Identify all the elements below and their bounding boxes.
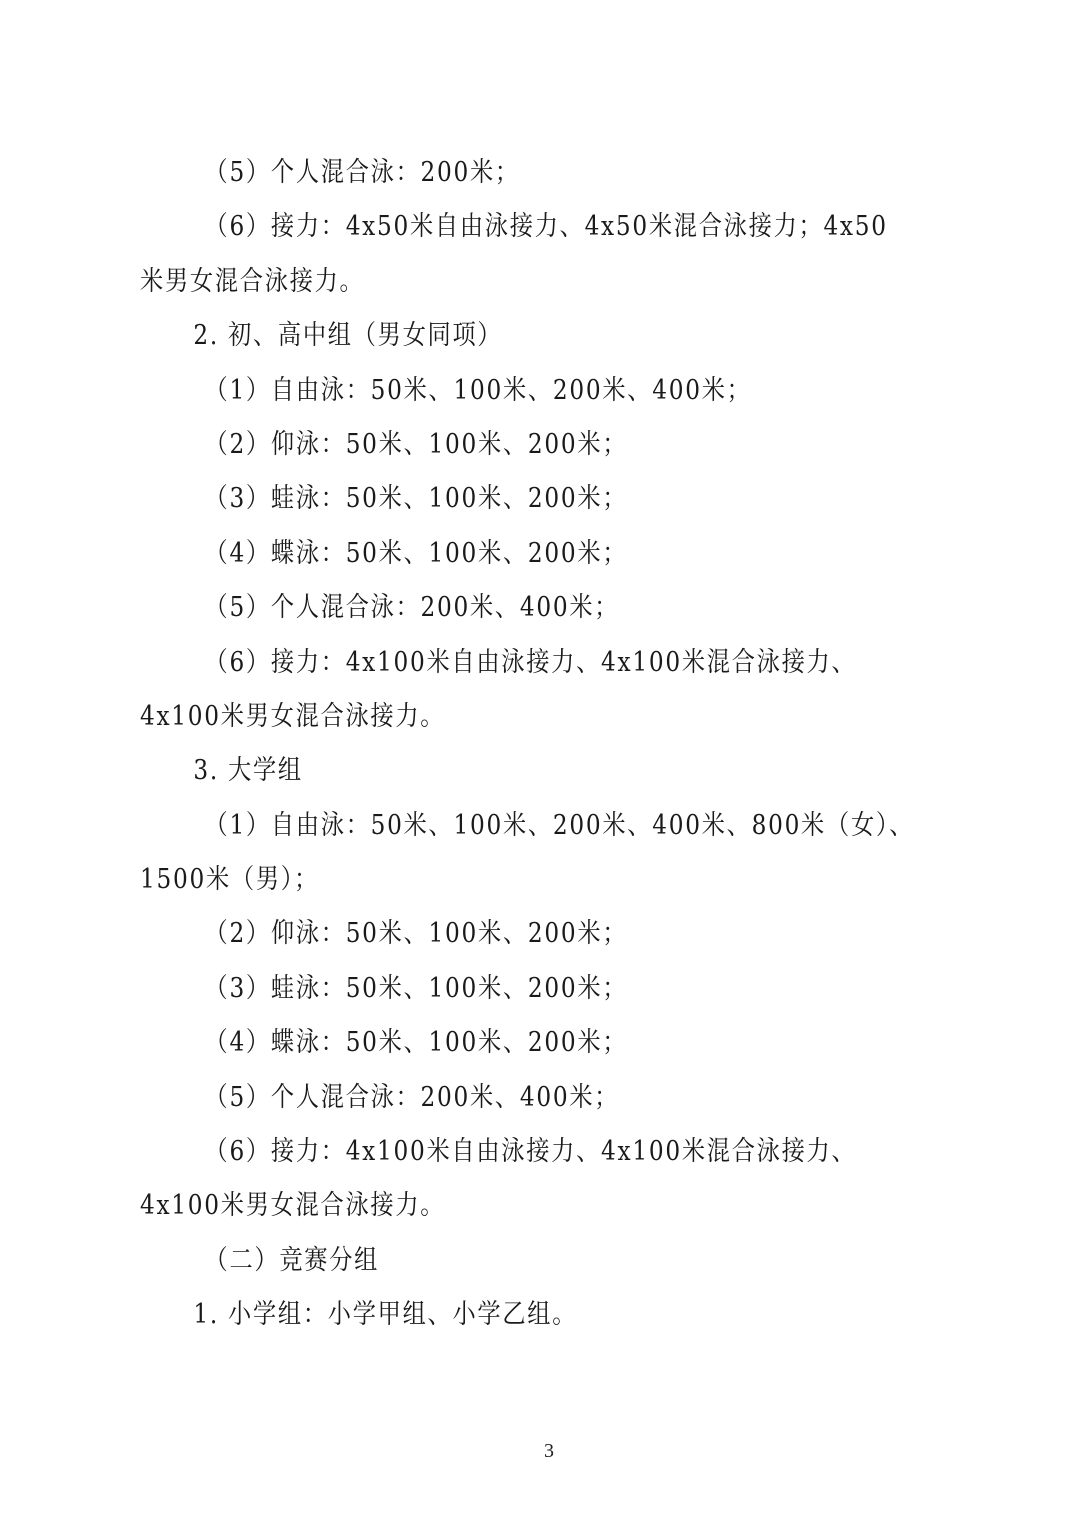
item-relay-primary-continued: 米男女混合泳接力。 bbox=[140, 255, 837, 309]
item-relay-primary: （6）接力：4x50米自由泳接力、4x50米混合泳接力；4x50 bbox=[140, 200, 837, 254]
heading-middle-high-school-group: 2. 初、高中组（男女同项） bbox=[140, 309, 837, 363]
item-breaststroke-secondary: （3）蛙泳：50米、100米、200米； bbox=[140, 472, 837, 526]
item-relay-secondary-continued: 4x100米男女混合泳接力。 bbox=[140, 690, 837, 744]
item-freestyle-university: （1）自由泳：50米、100米、200米、400米、800米（女）、 bbox=[140, 799, 837, 853]
item-relay-university: （6）接力：4x100米自由泳接力、4x100米混合泳接力、 bbox=[140, 1125, 837, 1179]
document-page: （5）个人混合泳：200米； （6）接力：4x50米自由泳接力、4x50米混合泳… bbox=[0, 0, 1080, 1527]
item-relay-secondary: （6）接力：4x100米自由泳接力、4x100米混合泳接力、 bbox=[140, 636, 837, 690]
item-breaststroke-university: （3）蛙泳：50米、100米、200米； bbox=[140, 962, 837, 1016]
item-individual-medley-university: （5）个人混合泳：200米、400米； bbox=[140, 1071, 837, 1125]
heading-university-group: 3. 大学组 bbox=[140, 744, 837, 798]
item-primary-school-groups: 1. 小学组：小学甲组、小学乙组。 bbox=[140, 1288, 837, 1342]
item-freestyle-university-continued: 1500米（男）； bbox=[140, 853, 837, 907]
section-heading-competition-groups: （二）竞赛分组 bbox=[140, 1234, 837, 1288]
item-freestyle-secondary: （1）自由泳：50米、100米、200米、400米； bbox=[140, 364, 837, 418]
item-backstroke-secondary: （2）仰泳：50米、100米、200米； bbox=[140, 418, 837, 472]
item-individual-medley-secondary: （5）个人混合泳：200米、400米； bbox=[140, 581, 837, 635]
item-relay-university-continued: 4x100米男女混合泳接力。 bbox=[140, 1179, 837, 1233]
page-number: 3 bbox=[0, 1440, 1080, 1463]
item-butterfly-secondary: （4）蝶泳：50米、100米、200米； bbox=[140, 527, 837, 581]
item-butterfly-university: （4）蝶泳：50米、100米、200米； bbox=[140, 1016, 837, 1070]
item-backstroke-university: （2）仰泳：50米、100米、200米； bbox=[140, 907, 837, 961]
document-body: （5）个人混合泳：200米； （6）接力：4x50米自由泳接力、4x50米混合泳… bbox=[140, 146, 950, 1343]
item-individual-medley-primary: （5）个人混合泳：200米； bbox=[140, 146, 837, 200]
